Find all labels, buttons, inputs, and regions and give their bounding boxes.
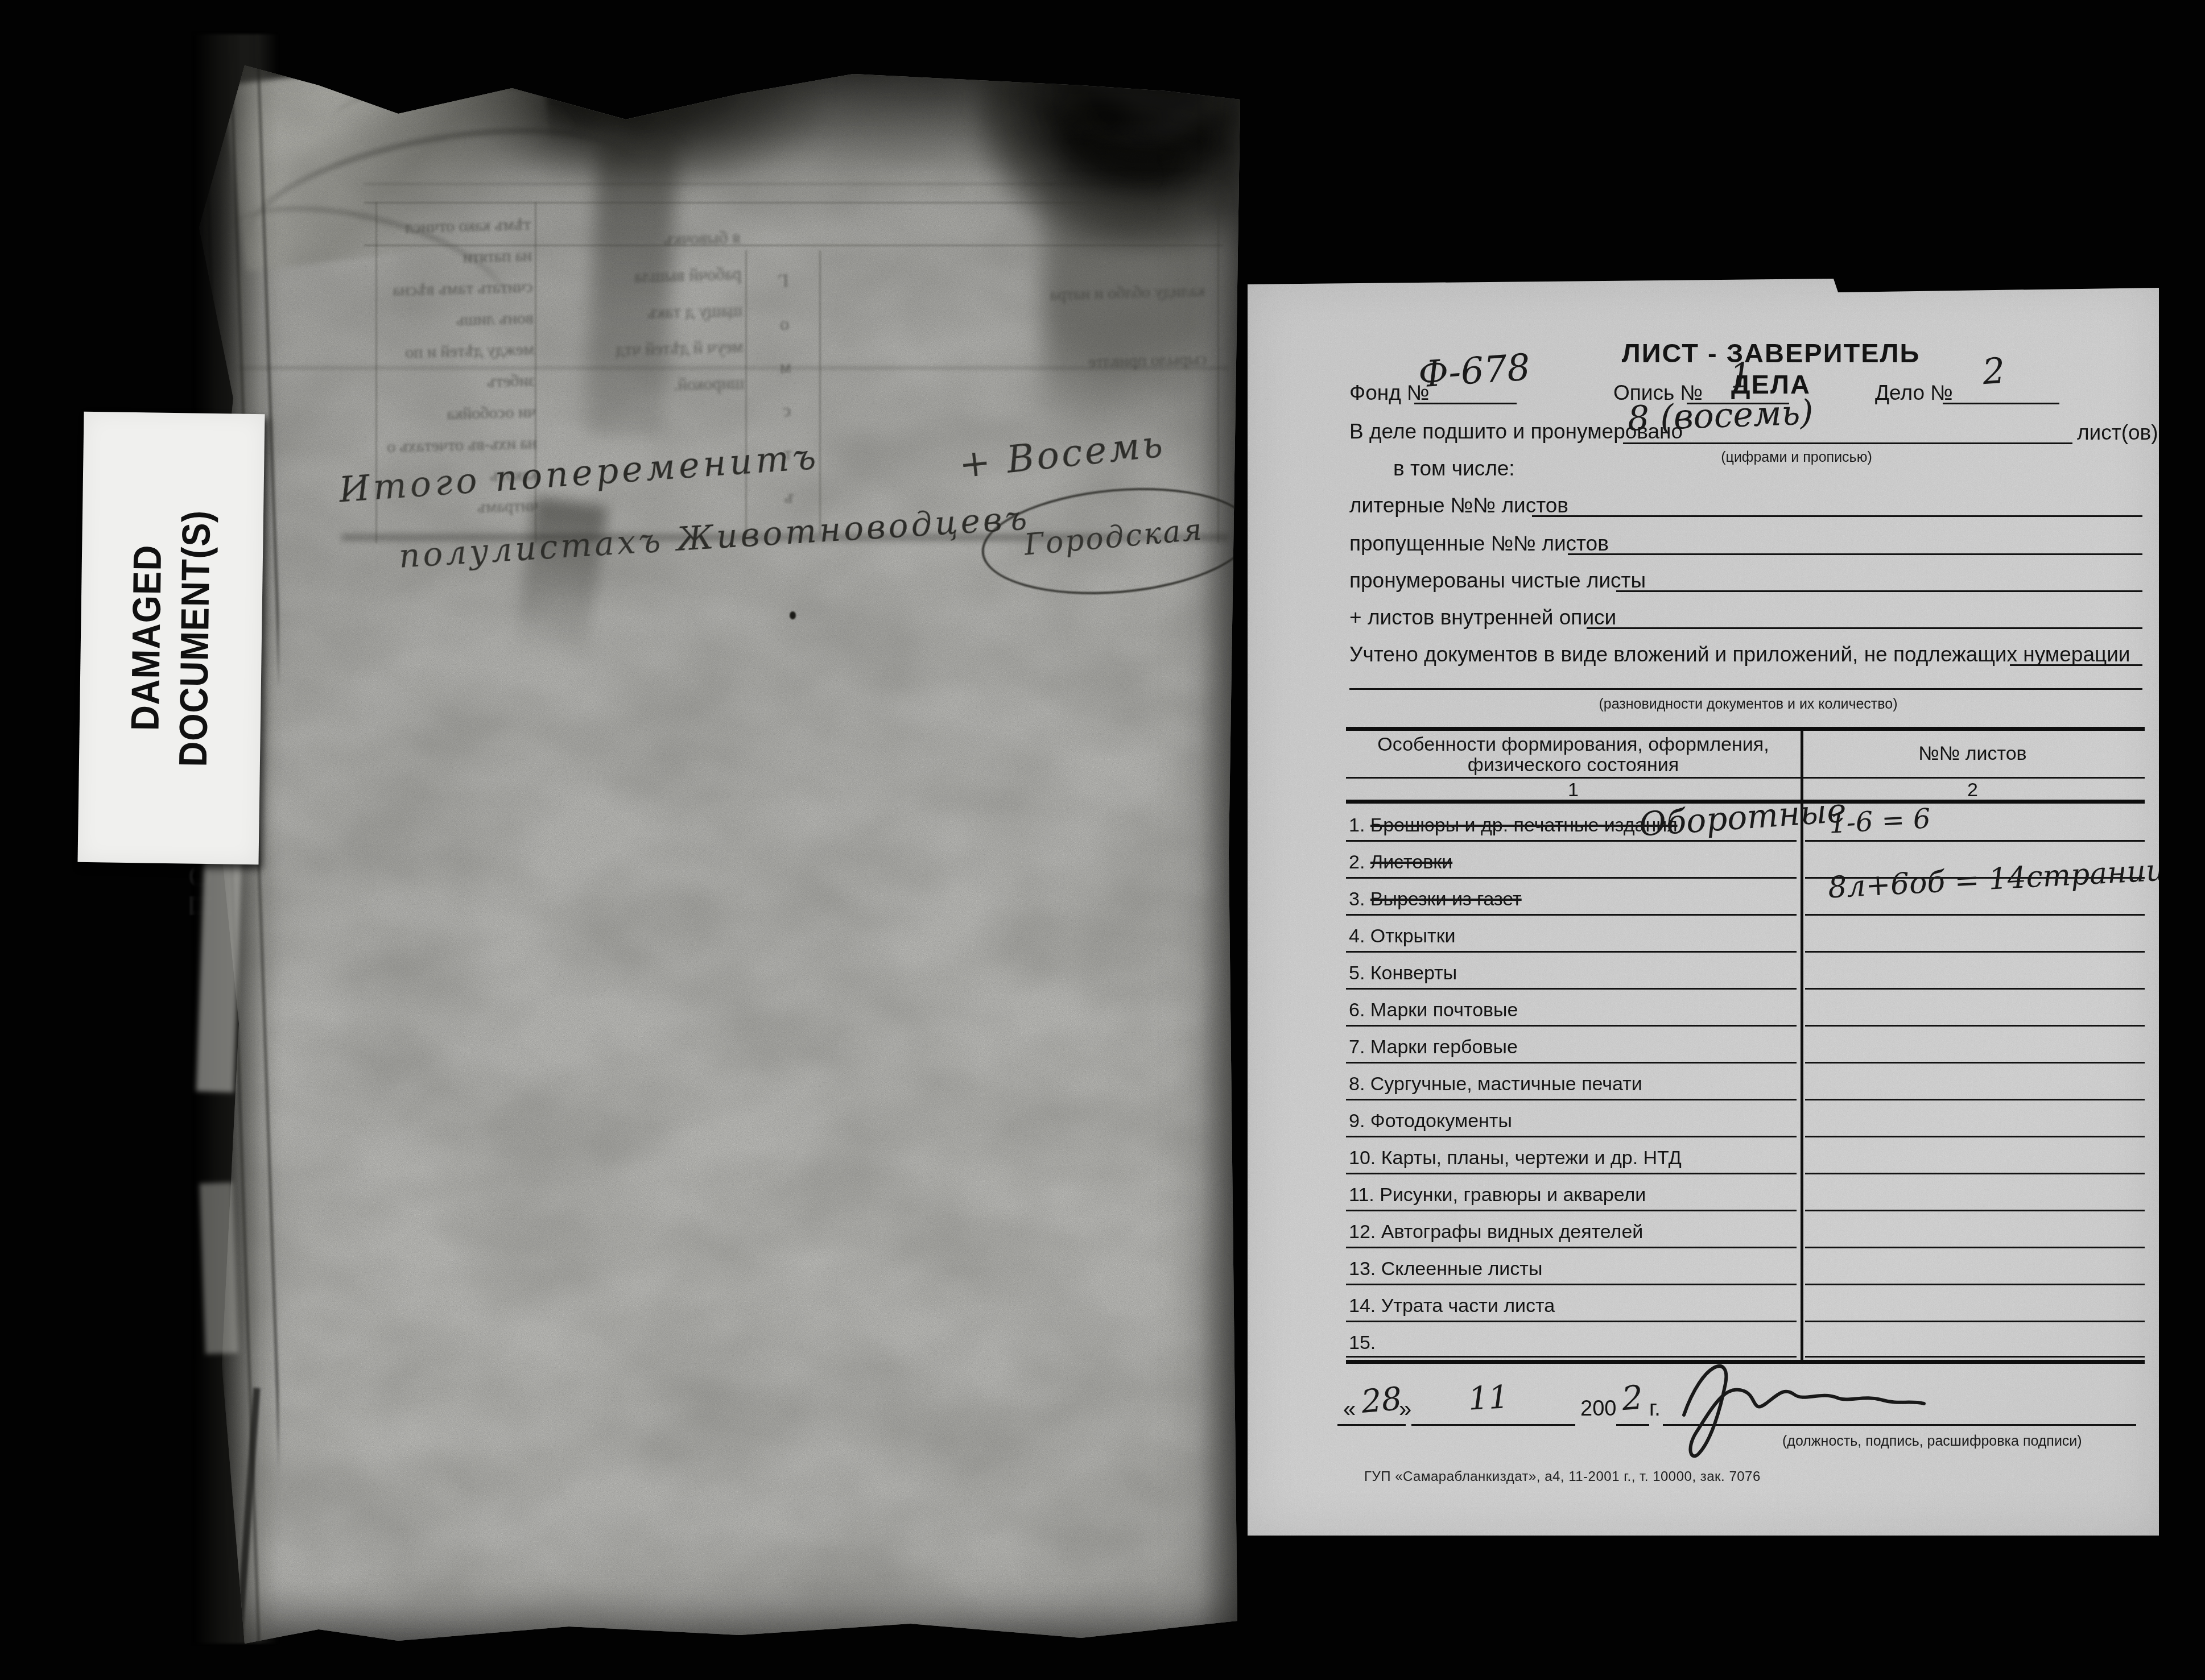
damaged-label-line1: DAMAGED [120,421,175,854]
form-grain-noise [1248,278,2159,1536]
certification-form: ЛИСТ - ЗАВЕРИТЕЛЬ ДЕЛА Фонд № Ф-678 Опис… [1248,278,2159,1536]
spine-tape-piece-2 [200,1182,238,1354]
damaged-label-line2: DOCUMENT(S) [168,422,223,855]
paper-grain-noise [193,34,1246,1644]
old-document-cover: тѣмъ како отчисл на патяти считать тамъ … [193,34,1246,1644]
damaged-label-card: DAMAGED DOCUMENT(S) [77,412,265,864]
damaged-label-text: DAMAGED DOCUMENT(S) [120,421,223,855]
archival-photo-canvas: тѣмъ како отчисл на патяти считать тамъ … [0,0,2205,1680]
